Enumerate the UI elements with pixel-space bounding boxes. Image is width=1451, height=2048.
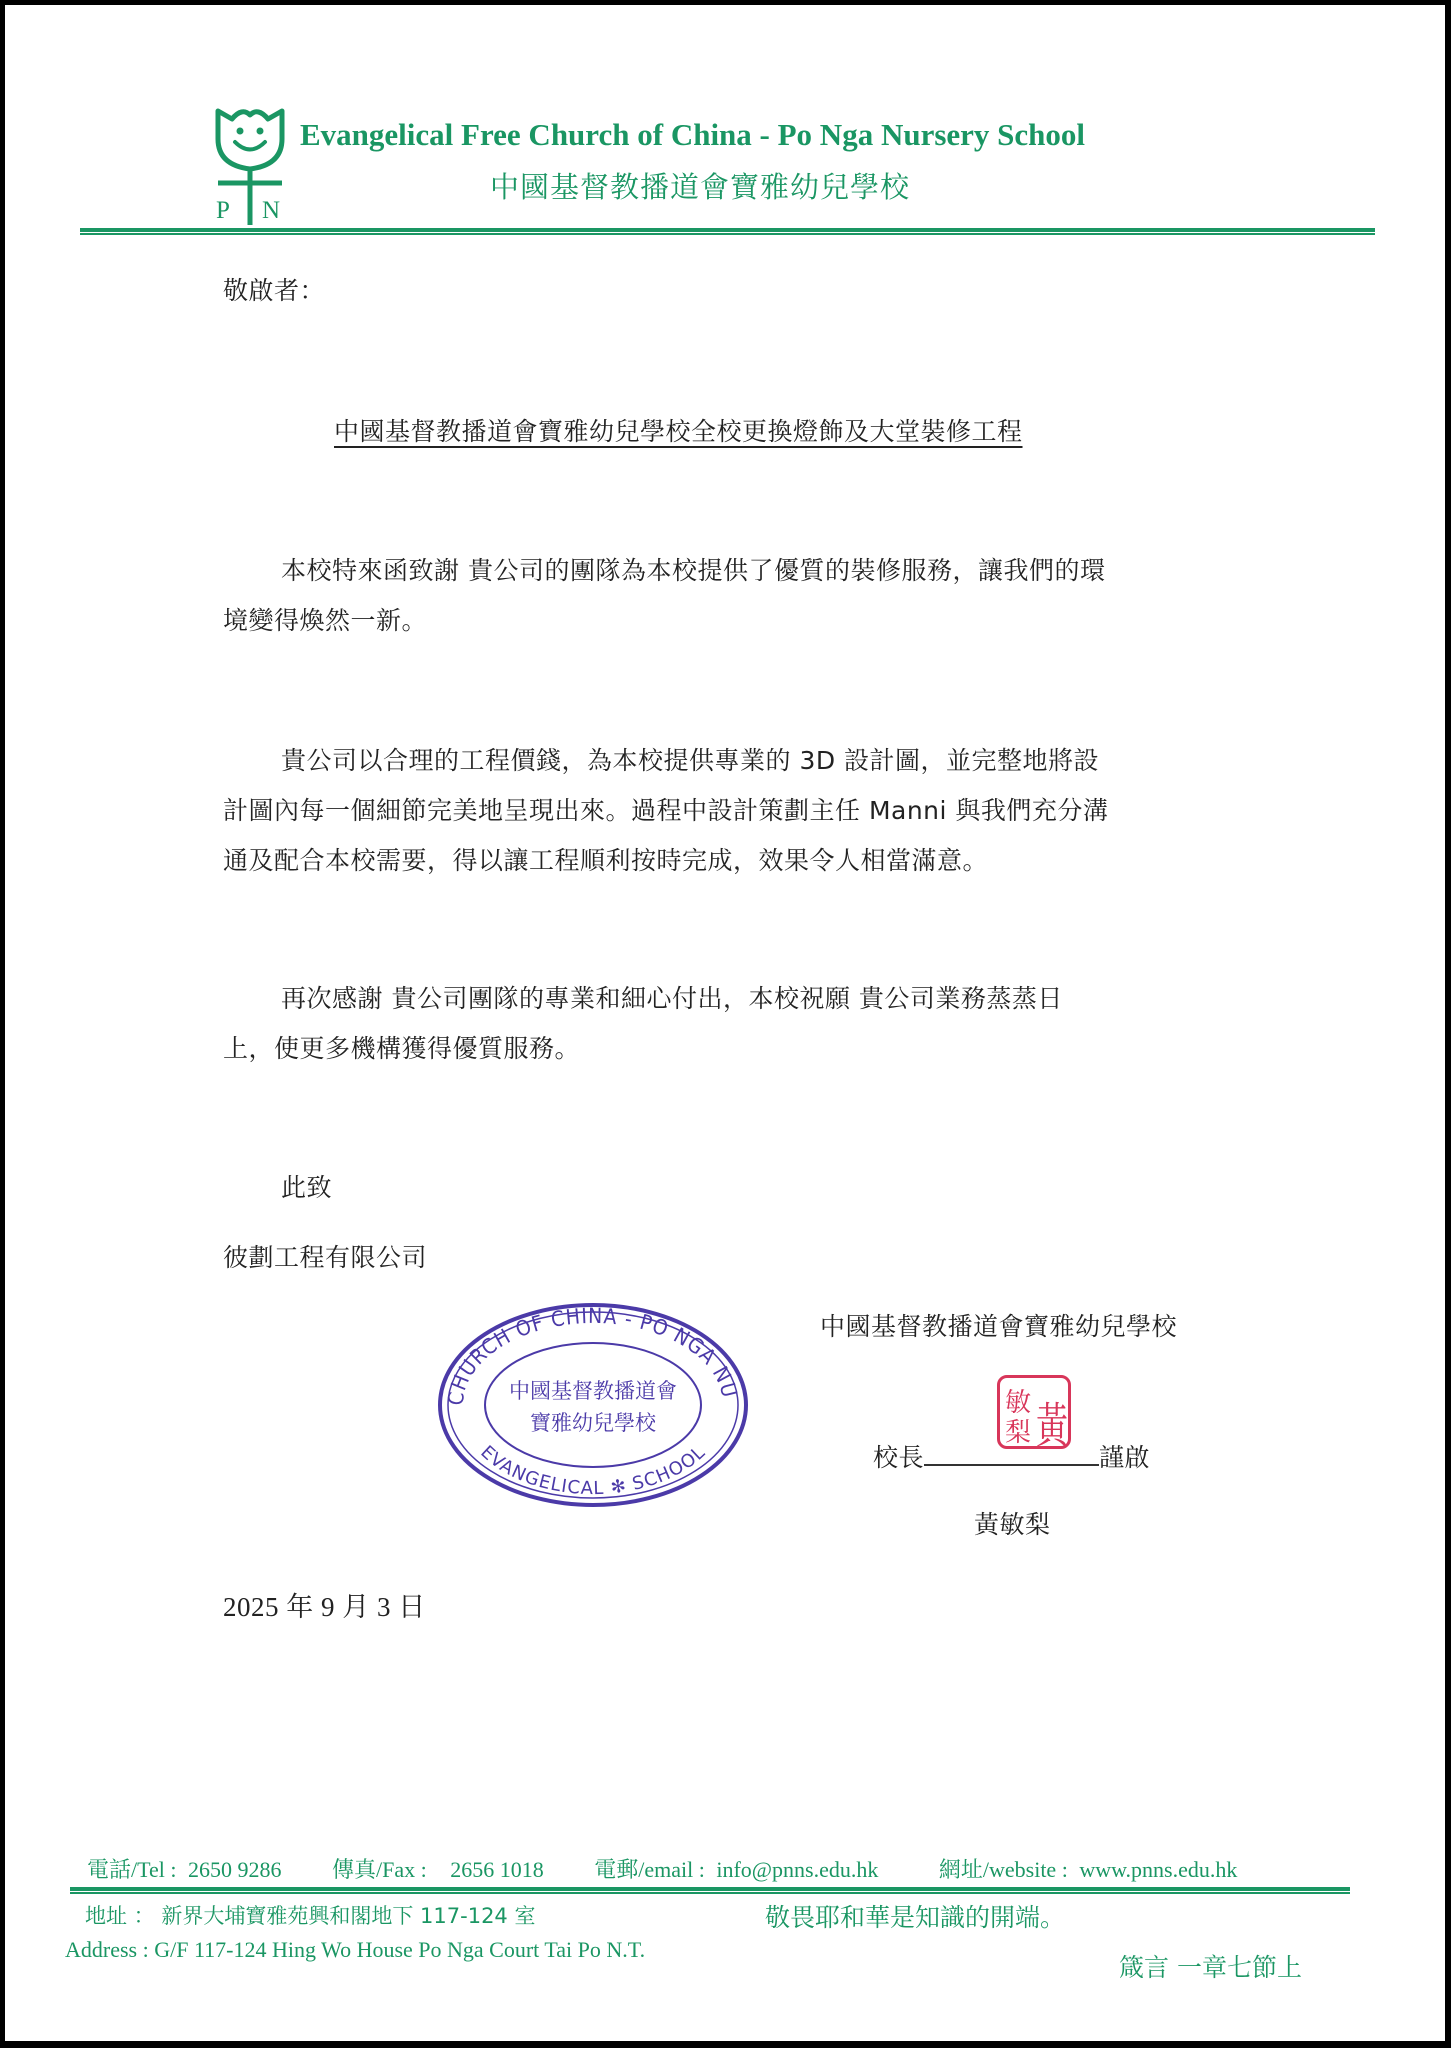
signature-line: 校長謹啟 <box>873 1438 1150 1474</box>
address-zh-value: 新界大埔寶雅苑興和閣地下 117-124 室 <box>161 1904 535 1928</box>
address-en: Address : G/F 117-124 Hing Wo House Po N… <box>65 1937 645 1963</box>
paragraph-1-line-1: 本校特來函致謝 貴公司的團隊為本校提供了優質的裝修服務，讓我們的環 <box>281 551 1105 587</box>
paragraph-1-line-2: 境變得煥然一新。 <box>223 601 427 637</box>
stamp-inner-line-1: 中國基督教播道會 <box>509 1379 677 1403</box>
paragraph-3-line-2: 上，使更多機構獲得優質服務。 <box>223 1029 580 1065</box>
address-zh-label: 地址 ： <box>85 1904 155 1928</box>
salutation: 敬啟者： <box>223 271 325 307</box>
recipient: 彼劃工程有限公司 <box>223 1238 427 1274</box>
header-divider <box>80 228 1375 235</box>
letter-date: 2025 年 9 月 3 日 <box>223 1585 426 1624</box>
email-link[interactable]: info@pnns.edu.hk <box>716 1857 878 1882</box>
school-name-zh: 中國基督教播道會寶雅幼兒學校 <box>490 165 910 206</box>
footer-contact-row: 電話/Tel : 2650 9286 傳真/Fax : 2656 1018 電郵… <box>87 1853 1237 1884</box>
website-label: 網址/website : <box>939 1857 1068 1882</box>
email-label: 電郵/email : <box>594 1857 705 1882</box>
letter-subject: 中國基督教播道會寶雅幼兒學校全校更換燈飾及大堂裝修工程 <box>334 412 1023 448</box>
motto: 敬畏耶和華是知識的開端。 <box>765 1898 1065 1934</box>
school-name-en: Evangelical Free Church of China - Po Ng… <box>300 117 1085 153</box>
address-zh: 地址 ： 新界大埔寶雅苑興和閣地下 117-124 室 <box>85 1900 535 1930</box>
signature-blank <box>924 1442 1099 1466</box>
paragraph-2-line-2: 計圖內每一個細節完美地呈現出來。過程中設計策劃主任 Manni 與我們充分溝 <box>223 791 1108 827</box>
respectfully-label: 謹啟 <box>1099 1443 1150 1472</box>
closing: 此致 <box>281 1168 332 1204</box>
fax-value: 2656 1018 <box>450 1857 544 1882</box>
school-seal-icon: FREE CHURCH OF CHINA - PO NGA NURSERY EV… <box>433 1300 753 1510</box>
motto-reference: 箴言 一章七節上 <box>1119 1948 1302 1984</box>
stamp-inner-line-2: 寶雅幼兒學校 <box>530 1411 657 1435</box>
tel-label: 電話/Tel : <box>87 1857 177 1882</box>
paragraph-2-line-1: 貴公司以合理的工程價錢，為本校提供專業的 3D 設計圖，並完整地將設 <box>281 741 1099 777</box>
tel-value: 2650 9286 <box>188 1857 282 1882</box>
sender-org: 中國基督教播道會寶雅幼兒學校 <box>820 1307 1177 1343</box>
principal-name: 黃敏梨 <box>974 1505 1051 1541</box>
logo-letter-p: P <box>216 197 230 225</box>
paragraph-2-line-3: 通及配合本校需要，得以讓工程順利按時完成，效果令人相當滿意。 <box>223 841 988 877</box>
footer-divider <box>70 1887 1350 1894</box>
logo-letter-n: N <box>262 197 280 225</box>
school-stamp: FREE CHURCH OF CHINA - PO NGA NURSERY EV… <box>433 1300 753 1510</box>
principal-label: 校長 <box>873 1443 924 1472</box>
fax-label: 傳真/Fax : <box>332 1857 427 1882</box>
letter-page: P N Evangelical Free Church of China - P… <box>5 5 1445 2041</box>
paragraph-3-line-1: 再次感謝 貴公司團隊的專業和細心付出，本校祝願 貴公司業務蒸蒸日 <box>281 979 1063 1015</box>
website-link[interactable]: www.pnns.edu.hk <box>1079 1857 1237 1882</box>
school-logo: P N <box>210 103 290 225</box>
